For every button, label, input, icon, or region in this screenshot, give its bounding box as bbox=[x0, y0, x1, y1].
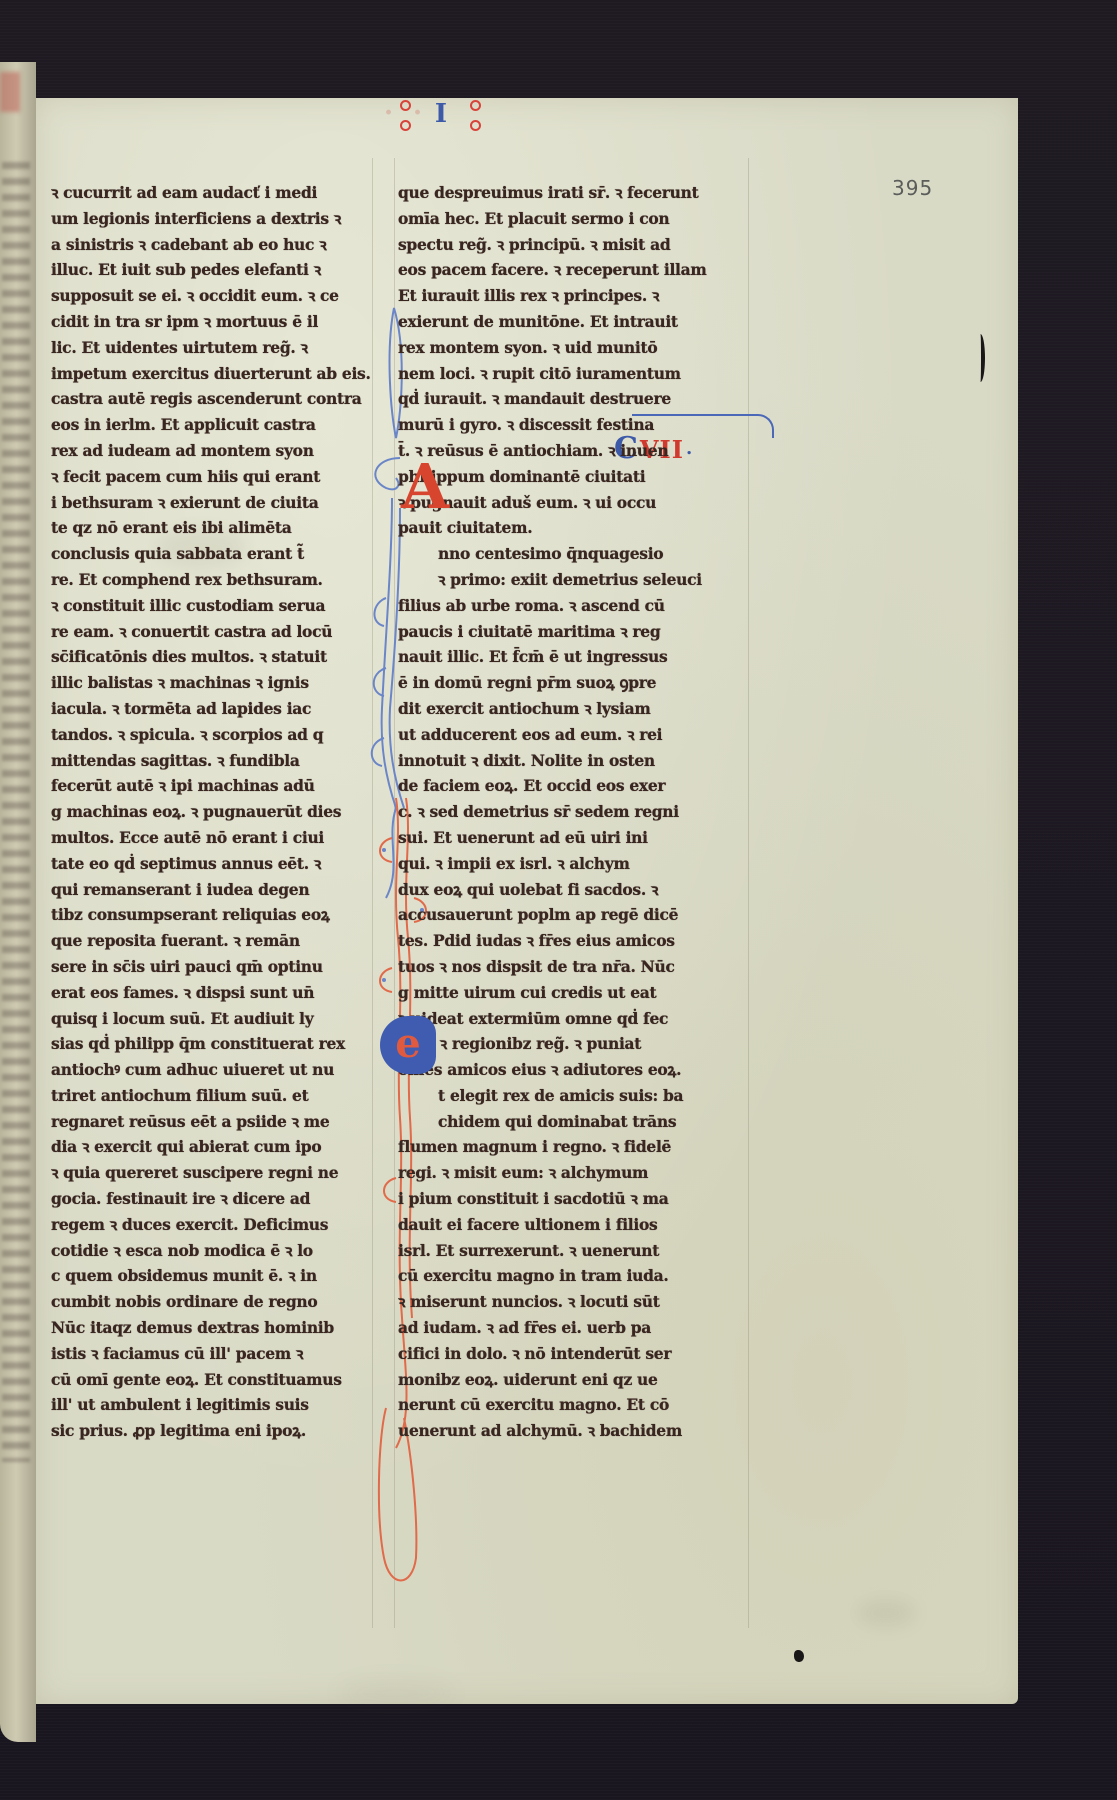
text-line: t elegit rex de amicis suis: ba bbox=[398, 1083, 748, 1109]
text-line: t̄. ꝛ reūsus ē antiochiam. ꝛ inuen bbox=[398, 438, 748, 464]
adjacent-leaf-text-lines bbox=[2, 162, 30, 1462]
text-line: tibz consumpserant reliquias eoꝝ bbox=[51, 902, 381, 928]
text-line: spectu reg̃. ꝛ principū. ꝛ misit ad bbox=[398, 232, 748, 258]
text-line: tes. Pdid iudas ꝛ fr̄es eius amicos bbox=[398, 928, 748, 954]
text-line: re eam. ꝛ conuertit castra ad locū bbox=[51, 619, 381, 645]
text-line: monibz eoꝝ. uiderunt eni qz ue bbox=[398, 1367, 748, 1393]
text-line: qḋ iurauit. ꝛ mandauit destruere bbox=[398, 386, 748, 412]
text-line: triret antiochum filium suū. et bbox=[51, 1083, 381, 1109]
text-line: c quem obsidemus munit ē. ꝛ in bbox=[51, 1263, 381, 1289]
red-dot-ornament bbox=[470, 120, 481, 131]
text-line: g mitte uirum cui credis ut eat bbox=[398, 980, 748, 1006]
text-line: cidit in tra sr ipm ꝛ mortuus ē il bbox=[51, 309, 381, 335]
text-line: i pium constituit i sacdotiū ꝛ ma bbox=[398, 1186, 748, 1212]
text-line: ill' ut ambulent i legitimis suis bbox=[51, 1392, 381, 1418]
text-line: antiochꝰ cum adhuc uiueret ut nu bbox=[51, 1057, 381, 1083]
text-line: qui remanserant i iudea degen bbox=[51, 877, 381, 903]
text-line: regnaret reūsus eēt a psiide ꝛ me bbox=[51, 1109, 381, 1135]
ink-blot bbox=[794, 1650, 804, 1662]
text-line-chapter-start: nno centesimo q̄nquagesio bbox=[398, 541, 748, 567]
text-line: exierunt de munitōne. Et intrauit bbox=[398, 309, 748, 335]
text-line: sere in sc̄is uiri pauci qm̄ optinu bbox=[51, 954, 381, 980]
text-line: c. ꝛ sed demetrius sr̄ sedem regni bbox=[398, 799, 748, 825]
text-line: que despreuimus irati sr̄. ꝛ fecerunt bbox=[398, 180, 748, 206]
text-line: castra autē regis ascenderunt contra bbox=[51, 386, 381, 412]
adjacent-leaves-edge bbox=[0, 62, 36, 1742]
text-line: cotidie ꝛ esca nob modica ē ꝛ lo bbox=[51, 1238, 381, 1264]
text-line: fecerūt autē ꝛ ipi machinas adū bbox=[51, 773, 381, 799]
text-line: nauit illic. Et f̄cm̄ ē ut ingressus bbox=[398, 644, 748, 670]
text-line: quisq i locum suū. Et audiuit ly bbox=[51, 1006, 381, 1032]
text-line: omīa hec. Et placuit sermo i con bbox=[398, 206, 748, 232]
text-line: mittendas sagittas. ꝛ fundibla bbox=[51, 748, 381, 774]
text-line: illuc. Et iuit sub pedes elefanti ꝛ bbox=[51, 257, 381, 283]
red-dot-ornament bbox=[400, 120, 411, 131]
text-line: sui. Et uenerunt ad eū uiri ini bbox=[398, 825, 748, 851]
text-line: dauit ei facere ultionem i filios bbox=[398, 1212, 748, 1238]
text-line: sc̄ificatōnis dies multos. ꝛ statuit bbox=[51, 644, 381, 670]
text-line: ut adducerent eos ad eum. ꝛ rei bbox=[398, 722, 748, 748]
text-line: um legionis interficiens a dextris ꝛ bbox=[51, 206, 381, 232]
text-line: i bethsuram ꝛ exierunt de ciuita bbox=[51, 490, 381, 516]
parchment-stain bbox=[856, 1598, 916, 1628]
text-line: flumen magnum i regno. ꝛ fidelē bbox=[398, 1134, 748, 1160]
text-line: tate eo qḋ septimus annus eēt. ꝛ bbox=[51, 851, 381, 877]
text-line: pauit ciuitatem. bbox=[398, 515, 748, 541]
text-line: cū omī gente eoꝝ. Et constituamus bbox=[51, 1367, 381, 1393]
text-line: a sinistris ꝛ cadebant ab eo huc ꝛ bbox=[51, 232, 381, 258]
text-line: qui. ꝛ impii ex isrl. ꝛ alchym bbox=[398, 851, 748, 877]
text-line: rex montem syon. ꝛ uid munitō bbox=[398, 335, 748, 361]
text-line: erat eos fames. ꝛ dispsi sunt un̄ bbox=[51, 980, 381, 1006]
text-line: ꝛ uideat extermiūm omne qḋ fec bbox=[398, 1006, 748, 1032]
text-line: conclusis quia sabbata erant t̃ bbox=[51, 541, 381, 567]
text-line: iacula. ꝛ tormēta ad lapides iac bbox=[51, 696, 381, 722]
text-column-right: que despreuimus irati sr̄. ꝛ fecerunt om… bbox=[398, 180, 748, 1444]
text-line: illic balistas ꝛ machinas ꝛ ignis bbox=[51, 670, 381, 696]
red-dot-ornament bbox=[470, 100, 481, 111]
text-line: paucis i ciuitatē maritima ꝛ reg bbox=[398, 619, 748, 645]
text-line: nem loci. ꝛ rupit citō iuramentum bbox=[398, 361, 748, 387]
text-line: ꝛ quia quereret suscipere regni ne bbox=[51, 1160, 381, 1186]
text-line: eos in ierlm. Et applicuit castra bbox=[51, 412, 381, 438]
text-line: ꝛ miserunt nuncios. ꝛ locuti sūt bbox=[398, 1289, 748, 1315]
text-line: nerunt cū exercitu magno. Et cō bbox=[398, 1392, 748, 1418]
text-line: te qz nō erant eis ibi alimēta bbox=[51, 515, 381, 541]
running-header: ·· I bbox=[386, 94, 496, 134]
margin-ink-mark bbox=[976, 334, 985, 382]
adjacent-leaf-rubric bbox=[0, 72, 20, 112]
text-line: ē in domū regni pr̄m suoꝝ ꝯpre bbox=[398, 670, 748, 696]
text-line: ad iudam. ꝛ ad fr̄es ei. uerb pa bbox=[398, 1315, 748, 1341]
parchment-stain bbox=[336, 1678, 456, 1708]
ruling-line bbox=[748, 158, 749, 1628]
text-line: uenerunt ad alchymū. ꝛ bachidem bbox=[398, 1418, 748, 1444]
text-line: cifici in dolo. ꝛ nō intenderūt ser bbox=[398, 1341, 748, 1367]
text-line: omēs amicos eius ꝛ adiutores eoꝝ. bbox=[398, 1057, 748, 1083]
text-line: rex ad iudeam ad montem syon bbox=[51, 438, 381, 464]
text-line: dia ꝛ exercit qui abierat cum ipo bbox=[51, 1134, 381, 1160]
text-line: gocia. festinauit ire ꝛ dicere ad bbox=[51, 1186, 381, 1212]
text-line: tuos ꝛ nos dispsit de tra nr̄a. Nūc bbox=[398, 954, 748, 980]
text-line: impetum exercitus diuerterunt ab eis. bbox=[51, 361, 381, 387]
text-line: eos pacem facere. ꝛ receperunt illam bbox=[398, 257, 748, 283]
text-line: filius ab urbe roma. ꝛ ascend cū bbox=[398, 593, 748, 619]
manuscript-folio: ·· I 395 C VII . bbox=[36, 98, 1018, 1704]
text-line: ꝛ primo: exiit demetrius seleuci bbox=[398, 567, 748, 593]
decorated-initial-e: e bbox=[380, 1016, 436, 1074]
text-line: nob. ꝛ regionibz reg̃. ꝛ puniat bbox=[398, 1031, 748, 1057]
text-line: accusauerunt poplm ap regē dicē bbox=[398, 902, 748, 928]
text-line: regi. ꝛ misit eum: ꝛ alchymum bbox=[398, 1160, 748, 1186]
text-line: chidem qui dominabat trāns bbox=[398, 1109, 748, 1135]
text-line: ꝛ pugnauit aduš eum. ꝛ ui occu bbox=[398, 490, 748, 516]
text-column-left: ꝛ cucurrit ad eam audacť i medi um legio… bbox=[51, 180, 381, 1444]
text-line: cumbit nobis ordinare de regno bbox=[51, 1289, 381, 1315]
text-line: isrl. Et surrexerunt. ꝛ uenerunt bbox=[398, 1238, 748, 1264]
text-line: philippum dominantē ciuitati bbox=[398, 464, 748, 490]
text-line: dit exercit antiochum ꝛ lysiam bbox=[398, 696, 748, 722]
text-line: re. Et comphend rex bethsuram. bbox=[51, 567, 381, 593]
text-line: cū exercitu magno in tram iuda. bbox=[398, 1263, 748, 1289]
text-line: Et iurauit illis rex ꝛ principes. ꝛ bbox=[398, 283, 748, 309]
decorated-initial-a: A bbox=[401, 456, 447, 518]
text-line: sic prius. ꝓp legitima eni ipoꝝ. bbox=[51, 1418, 381, 1444]
text-line: multos. Ecce autē nō erant i ciui bbox=[51, 825, 381, 851]
text-line: de faciem eoꝝ. Et occid eos exer bbox=[398, 773, 748, 799]
text-line: dux eoꝝ qui uolebat fi sacdos. ꝛ bbox=[398, 877, 748, 903]
text-line: que reposita fuerant. ꝛ remān bbox=[51, 928, 381, 954]
text-line: ꝛ fecit pacem cum hiis qui erant bbox=[51, 464, 381, 490]
text-line: tandos. ꝛ spicula. ꝛ scorpios ad q bbox=[51, 722, 381, 748]
text-line: ꝛ cucurrit ad eam audacť i medi bbox=[51, 180, 381, 206]
red-dot-ornament bbox=[400, 100, 411, 111]
text-line: innotuit ꝛ dixit. Nolite in osten bbox=[398, 748, 748, 774]
text-line: lic. Et uidentes uirtutem reg̃. ꝛ bbox=[51, 335, 381, 361]
text-line: istis ꝛ faciamus cū ill' pacem ꝛ bbox=[51, 1341, 381, 1367]
text-line: ꝛ constituit illic custodiam serua bbox=[51, 593, 381, 619]
text-line: Nūc itaqz demus dextras hominib bbox=[51, 1315, 381, 1341]
folio-number: 395 bbox=[892, 176, 933, 200]
text-line: regem ꝛ duces exercit. Deficimus bbox=[51, 1212, 381, 1238]
text-line: sias qḋ philipp q̄m constituerat rex bbox=[51, 1031, 381, 1057]
text-line: supposuit se ei. ꝛ occidit eum. ꝛ ce bbox=[51, 283, 381, 309]
text-line: murū i gyro. ꝛ discessit festina bbox=[398, 412, 748, 438]
text-line: g machinas eoꝝ. ꝛ pugnauerūt dies bbox=[51, 799, 381, 825]
running-header-numeral: I bbox=[425, 99, 457, 129]
